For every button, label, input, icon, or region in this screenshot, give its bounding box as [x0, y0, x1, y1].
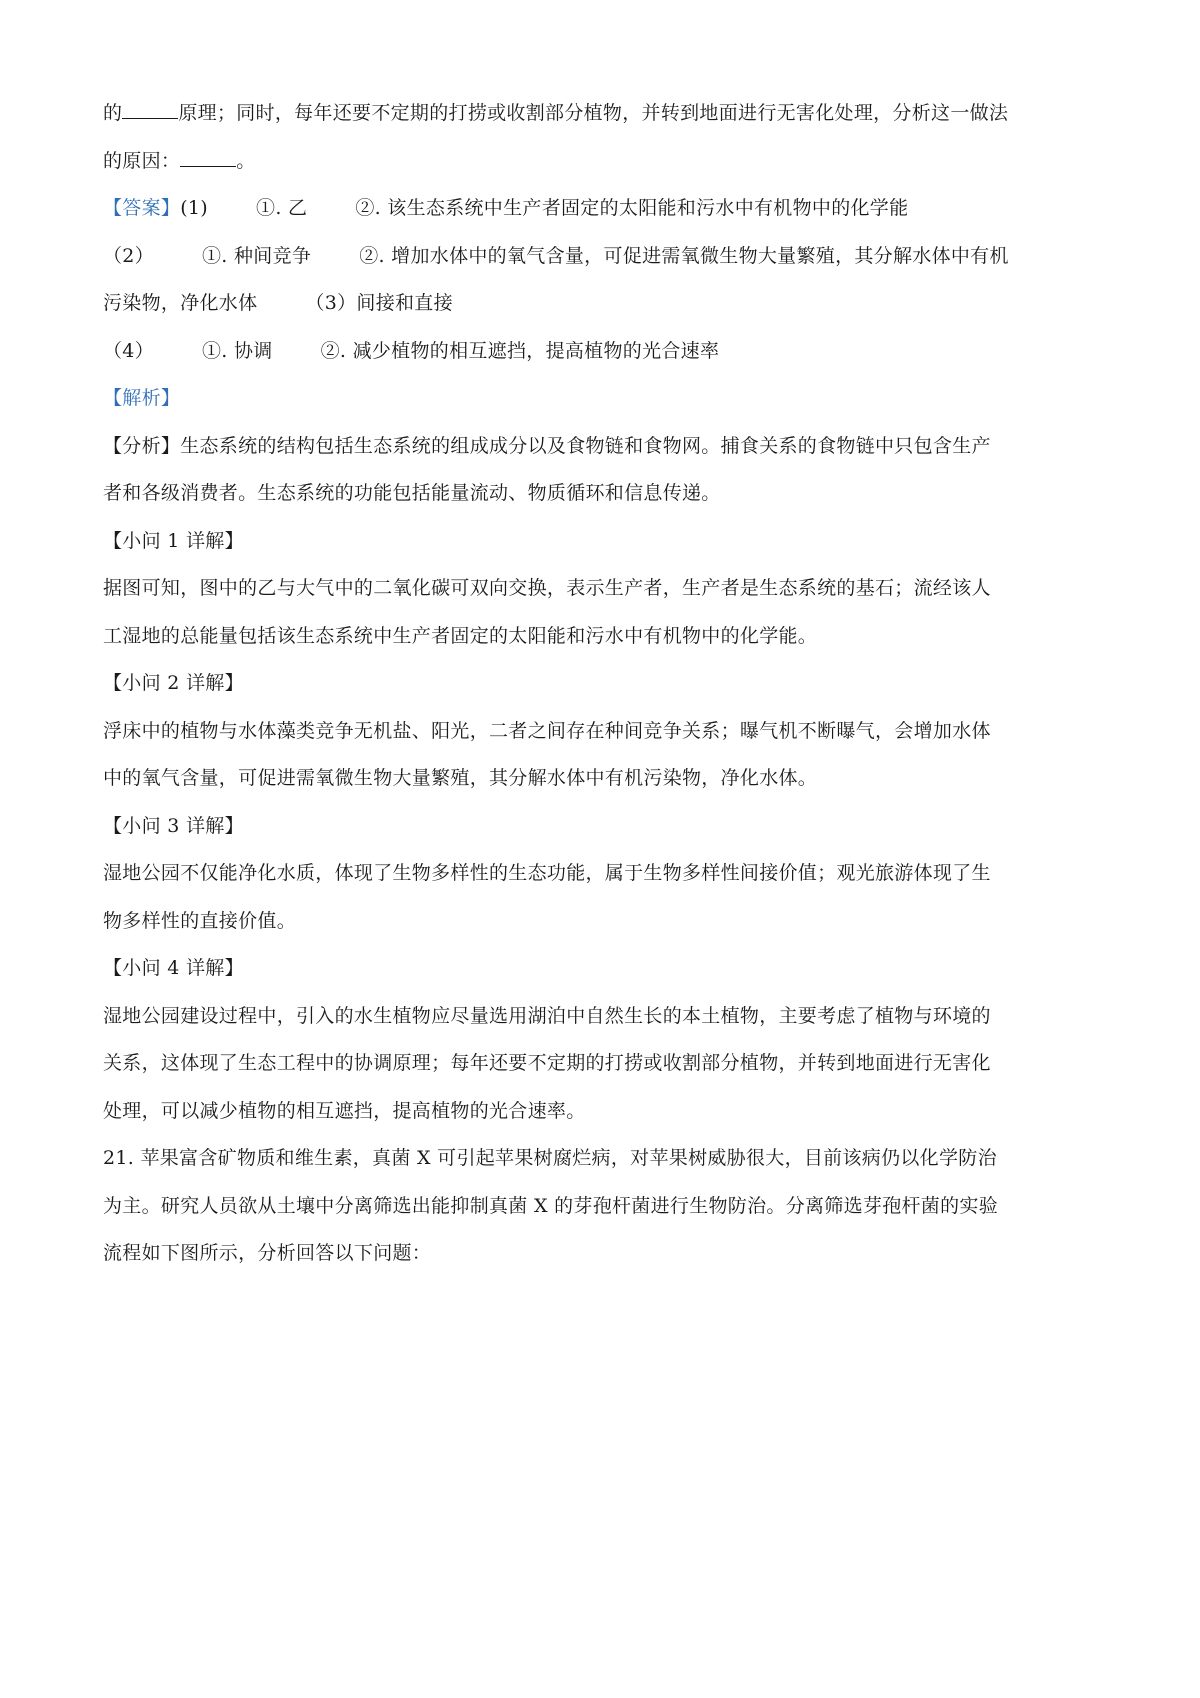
detail-heading: 【小问 3 详解】	[103, 803, 1103, 851]
question-tail-line-1: 的原理；同时，每年还要不定期的打捞或收割部分植物，并转到地面进行无害化处理，分析…	[103, 90, 1103, 138]
document-page: 的原理；同时，每年还要不定期的打捞或收割部分植物，并转到地面进行无害化处理，分析…	[103, 90, 1103, 1278]
q-number: （4）	[103, 340, 154, 362]
detail-text: 据图可知，图中的乙与大气中的二氧化碳可双向交换，表示生产者，生产者是生态系统的基…	[103, 565, 1103, 613]
detail-text: 处理，可以减少植物的相互遮挡，提高植物的光合速率。	[103, 1088, 1103, 1136]
answer-line-2: （2）①. 种间竞争②. 增加水体中的氧气含量，可促进需氧微生物大量繁殖，其分解…	[103, 233, 1103, 281]
question-21-text: 为主。研究人员欲从土壤中分离筛选出能抑制真菌 X 的芽孢杆菌进行生物防治。分离筛…	[103, 1183, 1103, 1231]
q-number: (1)	[180, 197, 208, 219]
answer-item: ②. 增加水体中的氧气含量，可促进需氧微生物大量繁殖，其分解水体中有机	[359, 245, 1009, 267]
detail-text: 工湿地的总能量包括该生态系统中生产者固定的太阳能和污水中有机物中的化学能。	[103, 613, 1103, 661]
text: 的原因：	[103, 150, 180, 172]
answer-item: ②. 减少植物的相互遮挡，提高植物的光合速率	[321, 340, 720, 362]
detail-heading: 【小问 4 详解】	[103, 945, 1103, 993]
question-21-text: 流程如下图所示，分析回答以下问题：	[103, 1230, 1103, 1278]
detail-text: 湿地公园建设过程中，引入的水生植物应尽量选用湖泊中自然生长的本土植物，主要考虑了…	[103, 993, 1103, 1041]
answer-line-1: 【答案】(1)①. 乙②. 该生态系统中生产者固定的太阳能和污水中有机物中的化学…	[103, 185, 1103, 233]
detail-text: 关系，这体现了生态工程中的协调原理；每年还要不定期的打捞或收割部分植物，并转到地…	[103, 1040, 1103, 1088]
answer-label: 【答案】	[103, 197, 180, 219]
analysis-summary: 者和各级消费者。生态系统的功能包括能量流动、物质循环和信息传递。	[103, 470, 1103, 518]
question-21-text: 21. 苹果富含矿物质和维生素，真菌 X 可引起苹果树腐烂病，对苹果树威胁很大，…	[103, 1135, 1103, 1183]
detail-text: 湿地公园不仅能净化水质，体现了生物多样性的生态功能，属于生物多样性间接价值；观光…	[103, 850, 1103, 898]
detail-heading: 【小问 2 详解】	[103, 660, 1103, 708]
detail-heading: 【小问 1 详解】	[103, 518, 1103, 566]
analysis-summary: 【分析】生态系统的结构包括生态系统的组成成分以及食物链和食物网。捕食关系的食物链…	[103, 423, 1103, 471]
detail-text: 物多样性的直接价值。	[103, 898, 1103, 946]
answer-item: 污染物，净化水体	[103, 292, 257, 314]
fill-blank	[122, 100, 178, 119]
answer-item: ①. 乙	[256, 197, 307, 219]
answer-item: ①. 种间竞争	[202, 245, 311, 267]
analysis-label: 【解析】	[103, 375, 1103, 423]
answer-line-4: （4）①. 协调②. 减少植物的相互遮挡，提高植物的光合速率	[103, 328, 1103, 376]
answer-item: ①. 协调	[202, 340, 273, 362]
answer-item: ②. 该生态系统中生产者固定的太阳能和污水中有机物中的化学能	[355, 197, 908, 219]
text: 。	[236, 150, 255, 172]
q-number: （2）	[103, 245, 154, 267]
text: 的	[103, 102, 122, 124]
q-number: （3）	[305, 292, 356, 314]
answer-item: 间接和直接	[356, 292, 453, 314]
text: 原理；同时，每年还要不定期的打捞或收割部分植物，并转到地面进行无害化处理，分析这…	[178, 102, 1008, 124]
detail-text: 浮床中的植物与水体藻类竞争无机盐、阳光，二者之间存在种间竞争关系；曝气机不断曝气…	[103, 708, 1103, 756]
detail-text: 中的氧气含量，可促进需氧微生物大量繁殖，其分解水体中有机污染物，净化水体。	[103, 755, 1103, 803]
fill-blank	[180, 148, 236, 167]
answer-line-3: 污染物，净化水体（3）间接和直接	[103, 280, 1103, 328]
question-tail-line-2: 的原因：。	[103, 138, 1103, 186]
